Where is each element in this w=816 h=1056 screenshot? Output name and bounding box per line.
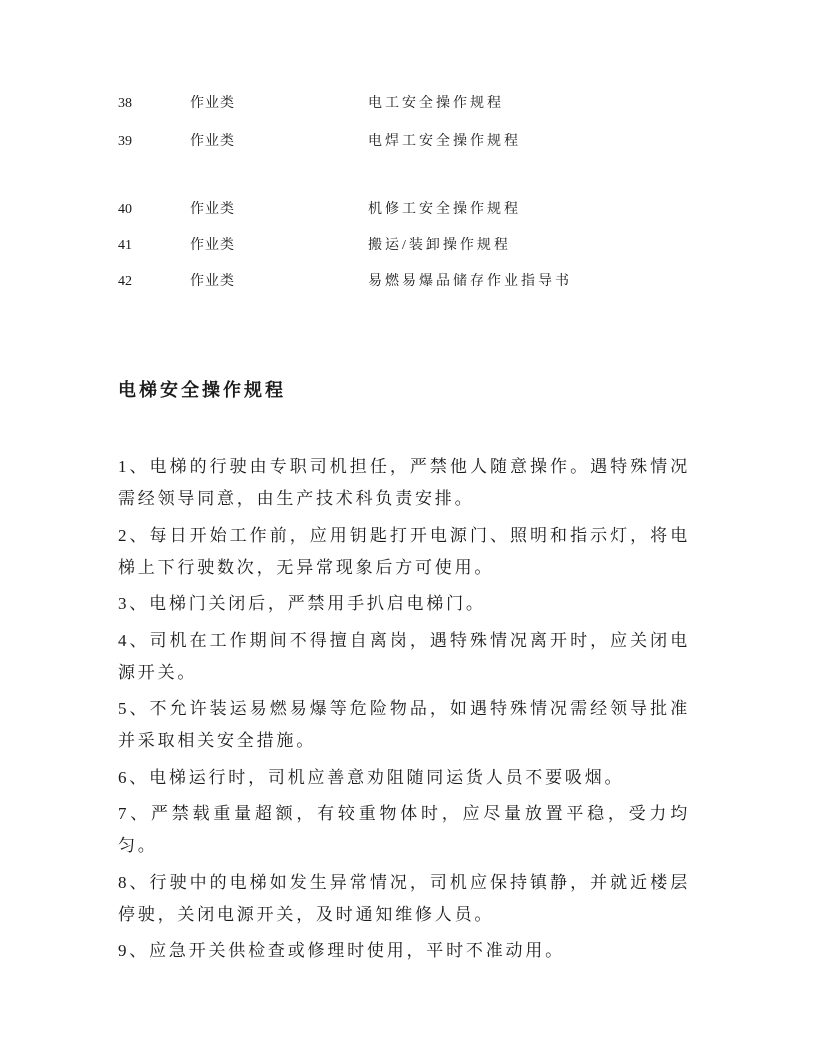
row-number: 38 bbox=[118, 92, 132, 116]
procedure-item: 7、严禁载重量超额，有较重物体时，应尽量放置平稳，受力均匀。 bbox=[118, 798, 690, 862]
row-category: 作业类 bbox=[190, 92, 235, 116]
procedure-item: 8、行驶中的电梯如发生异常情况，司机应保持镇静，并就近楼层停驶，关闭电源开关，及… bbox=[118, 867, 690, 931]
row-number: 39 bbox=[118, 130, 132, 154]
row-title: 机修工安全操作规程 bbox=[368, 198, 521, 222]
procedure-list: 1、电梯的行驶由专职司机担任，严禁他人随意操作。遇特殊情况需经领导同意，由生产技… bbox=[118, 451, 690, 972]
procedure-item: 1、电梯的行驶由专职司机担任，严禁他人随意操作。遇特殊情况需经领导同意，由生产技… bbox=[118, 451, 690, 515]
procedure-item: 6、电梯运行时，司机应善意劝阻随同运货人员不要吸烟。 bbox=[118, 762, 690, 794]
row-number: 42 bbox=[118, 270, 132, 294]
row-number: 41 bbox=[118, 234, 132, 258]
row-title: 电焊工安全操作规程 bbox=[368, 130, 521, 154]
procedure-item: 4、司机在工作期间不得擅自离岗，遇特殊情况离开时，应关闭电源开关。 bbox=[118, 625, 690, 689]
row-category: 作业类 bbox=[190, 198, 235, 222]
row-title: 电工安全操作规程 bbox=[368, 92, 504, 116]
section-heading: 电梯安全操作规程 bbox=[118, 377, 286, 403]
procedure-item: 3、电梯门关闭后，严禁用手扒启电梯门。 bbox=[118, 588, 690, 620]
procedure-item: 2、每日开始工作前，应用钥匙打开电源门、照明和指示灯，将电梯上下行驶数次，无异常… bbox=[118, 520, 690, 584]
row-title: 搬运/装卸操作规程 bbox=[368, 234, 511, 258]
row-title: 易燃易爆品储存作业指导书 bbox=[368, 270, 572, 294]
procedure-item: 5、不允许装运易燃易爆等危险物品，如遇特殊情况需经领导批准并采取相关安全措施。 bbox=[118, 693, 690, 757]
procedure-item: 9、应急开关供检查或修理时使用，平时不准动用。 bbox=[118, 935, 690, 967]
row-category: 作业类 bbox=[190, 234, 235, 258]
row-number: 40 bbox=[118, 198, 132, 222]
row-category: 作业类 bbox=[190, 270, 235, 294]
row-category: 作业类 bbox=[190, 130, 235, 154]
document-page: 38 作业类 电工安全操作规程 39 作业类 电焊工安全操作规程 40 作业类 … bbox=[0, 0, 816, 1056]
